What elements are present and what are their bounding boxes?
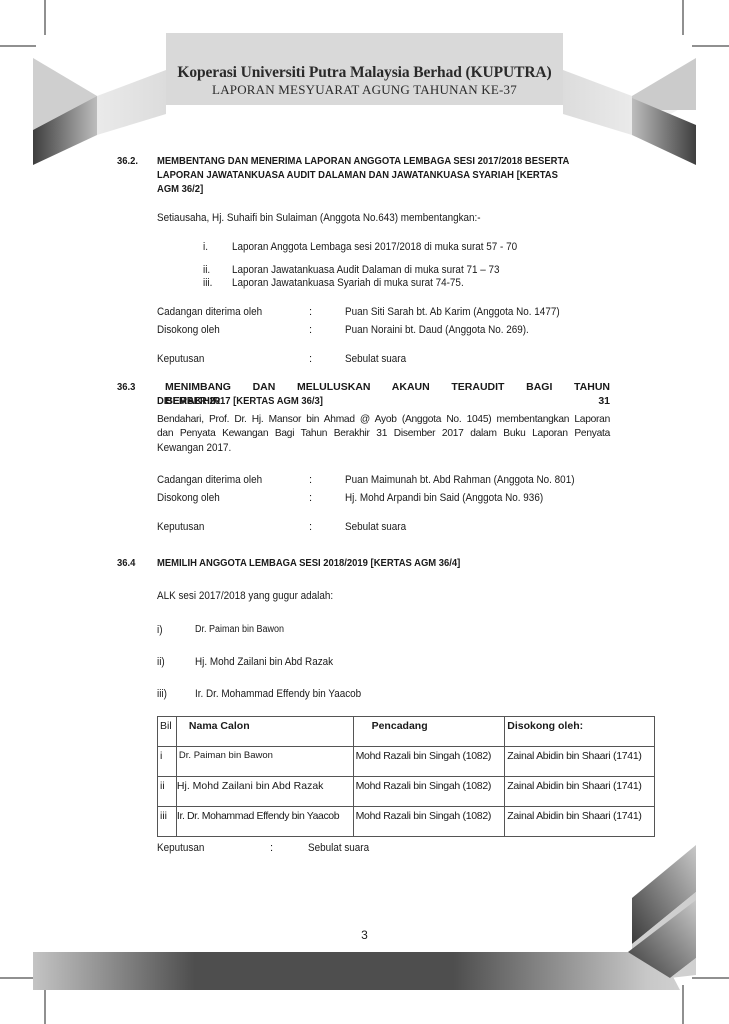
decision-value: Sebulat suara — [308, 841, 369, 855]
section-body-line: Bendahari, Prof. Dr. Hj. Mansor bin Ahma… — [157, 413, 610, 427]
section-title-line: MEMBENTANG DAN MENERIMA LAPORAN ANGGOTA … — [157, 154, 569, 168]
section-intro: Setiausaha, Hj. Suhaifi bin Sulaiman (An… — [157, 211, 481, 225]
motion-label: Cadangan diterima oleh — [157, 473, 262, 487]
section-number: 36.2. — [117, 154, 138, 168]
motion-value: Hj. Mohd Arpandi bin Said (Anggota No. 9… — [345, 491, 543, 505]
motion-separator: : — [309, 473, 312, 487]
report-title: LAPORAN MESYUARAT AGUNG TAHUNAN KE-37 — [166, 82, 563, 98]
decision-label: Keputusan — [157, 841, 204, 855]
organization-name: Koperasi Universiti Putra Malaysia Berha… — [166, 64, 563, 82]
column-header: Nama Calon — [176, 717, 353, 747]
section-intro: ALK sesi 2017/2018 yang gugur adalah: — [157, 589, 333, 603]
motion-value: Puan Siti Sarah bt. Ab Karim (Anggota No… — [345, 305, 560, 319]
retiring-member: Hj. Mohd Zailani bin Abd Razak — [195, 655, 333, 669]
list-item: Laporan Jawatankuasa Audit Dalaman di mu… — [232, 263, 499, 277]
cell-pencadang: Mohd Razali bin Singah (1082) — [353, 747, 505, 777]
cell-bil: ii — [158, 777, 177, 807]
candidates-table: Bil Nama Calon Pencadang Disokong oleh: … — [157, 716, 655, 837]
cell-disokong: Zainal Abidin bin Shaari (1741) — [505, 777, 655, 807]
retiring-member: Ir. Dr. Mohammad Effendy bin Yaacob — [195, 687, 361, 701]
motion-label: Cadangan diterima oleh — [157, 305, 262, 319]
motion-separator: : — [309, 352, 312, 366]
motion-value: Puan Maimunah bt. Abd Rahman (Anggota No… — [345, 473, 575, 487]
list-marker: i. — [203, 240, 208, 254]
motion-label: Disokong oleh — [157, 323, 220, 337]
cell-nama-calon: Dr. Paiman bin Bawon — [176, 747, 353, 777]
table-header-row: Bil Nama Calon Pencadang Disokong oleh: — [158, 717, 655, 747]
motion-separator: : — [309, 520, 312, 534]
cell-nama-calon: Hj. Mohd Zailani bin Abd Razak — [176, 777, 353, 807]
cell-pencadang: Mohd Razali bin Singah (1082) — [353, 777, 505, 807]
list-item: Laporan Anggota Lembaga sesi 2017/2018 d… — [232, 240, 517, 254]
column-header: Pencadang — [353, 717, 505, 747]
page-number: 3 — [0, 928, 729, 942]
section-number: 36.4 — [117, 556, 135, 570]
motion-value: Puan Noraini bt. Daud (Anggota No. 269). — [345, 323, 529, 337]
column-header: Bil — [158, 717, 177, 747]
section-body-line: dan Penyata Kewangan Bagi Tahun Berakhir… — [157, 427, 610, 441]
list-marker: i) — [157, 623, 162, 637]
motion-separator: : — [309, 305, 312, 319]
motion-separator: : — [309, 491, 312, 505]
retiring-member: Dr. Paiman bin Bawon — [195, 623, 284, 637]
section-title-line: DISEMBER 2017 [KERTAS AGM 36/3] — [157, 394, 323, 408]
cell-pencadang: Mohd Razali bin Singah (1082) — [353, 807, 505, 837]
column-header: Disokong oleh: — [505, 717, 655, 747]
section-title-line: LAPORAN JAWATANKUASA AUDIT DALAMAN DAN J… — [157, 168, 558, 182]
table-row: iii Ir. Dr. Mohammad Effendy bin Yaacob … — [158, 807, 655, 837]
motion-value: Sebulat suara — [345, 520, 406, 534]
decision-separator: : — [270, 841, 273, 855]
motion-label: Keputusan — [157, 520, 204, 534]
motion-value: Sebulat suara — [345, 352, 406, 366]
motion-label: Keputusan — [157, 352, 204, 366]
cell-disokong: Zainal Abidin bin Shaari (1741) — [505, 747, 655, 777]
table-row: ii Hj. Mohd Zailani bin Abd Razak Mohd R… — [158, 777, 655, 807]
list-marker: iii) — [157, 687, 167, 701]
cell-bil: i — [158, 747, 177, 777]
list-marker: ii. — [203, 263, 210, 277]
section-body-line: Kewangan 2017. — [157, 441, 231, 455]
motion-label: Disokong oleh — [157, 491, 220, 505]
list-item: Laporan Jawatankuasa Syariah di muka sur… — [232, 276, 464, 290]
motion-separator: : — [309, 323, 312, 337]
table-row: i Dr. Paiman bin Bawon Mohd Razali bin S… — [158, 747, 655, 777]
section-number: 36.3 — [117, 380, 135, 394]
cell-bil: iii — [158, 807, 177, 837]
cell-disokong: Zainal Abidin bin Shaari (1741) — [505, 807, 655, 837]
section-title: MEMILIH ANGGOTA LEMBAGA SESI 2018/2019 [… — [157, 556, 460, 570]
list-marker: iii. — [203, 276, 212, 290]
list-marker: ii) — [157, 655, 165, 669]
cell-nama-calon: Ir. Dr. Mohammad Effendy bin Yaacob — [176, 807, 353, 837]
section-title-line: AGM 36/2] — [157, 182, 203, 196]
